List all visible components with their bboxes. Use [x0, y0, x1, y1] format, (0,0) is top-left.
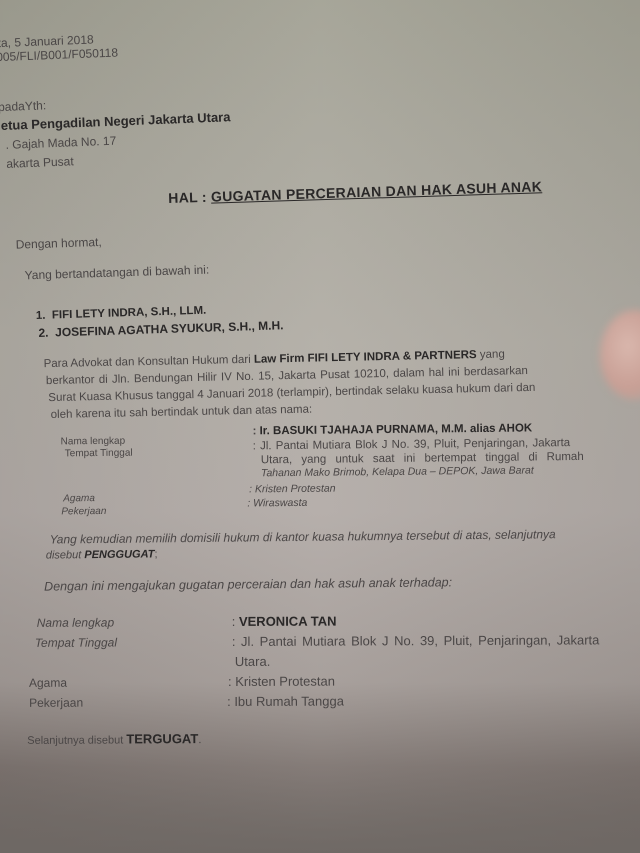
defendant-occupation: : Ibu Rumah Tangga	[227, 693, 344, 712]
document-page: rta, 5 Januari 2018 005/FLI/B001/F050118…	[0, 0, 640, 853]
tergugat-label: TERGUGAT	[126, 731, 198, 746]
defendant-name: : VERONICA TAN	[232, 613, 337, 631]
defendant-name-value: VERONICA TAN	[239, 614, 337, 629]
defendant-address-1: : Jl. Pantai Mutiara Blok J No. 39, Plui…	[232, 631, 600, 651]
defendant-designation: Selanjutnya disebut TERGUGAT.	[27, 732, 201, 748]
defendant-address-label: Tempat Tinggal	[35, 635, 117, 649]
defendant-name-label: Nama lengkap	[37, 616, 114, 630]
defendant-identity: Nama lengkap Tempat Tinggal Agama Pekerj…	[0, 0, 640, 760]
defendant-address-2: Utara.	[235, 653, 270, 671]
defendant-religion-label: Agama	[29, 676, 67, 690]
defendant-occupation-label: Pekerjaan	[29, 696, 83, 710]
defendant-religion: : Kristen Protestan	[228, 673, 335, 691]
